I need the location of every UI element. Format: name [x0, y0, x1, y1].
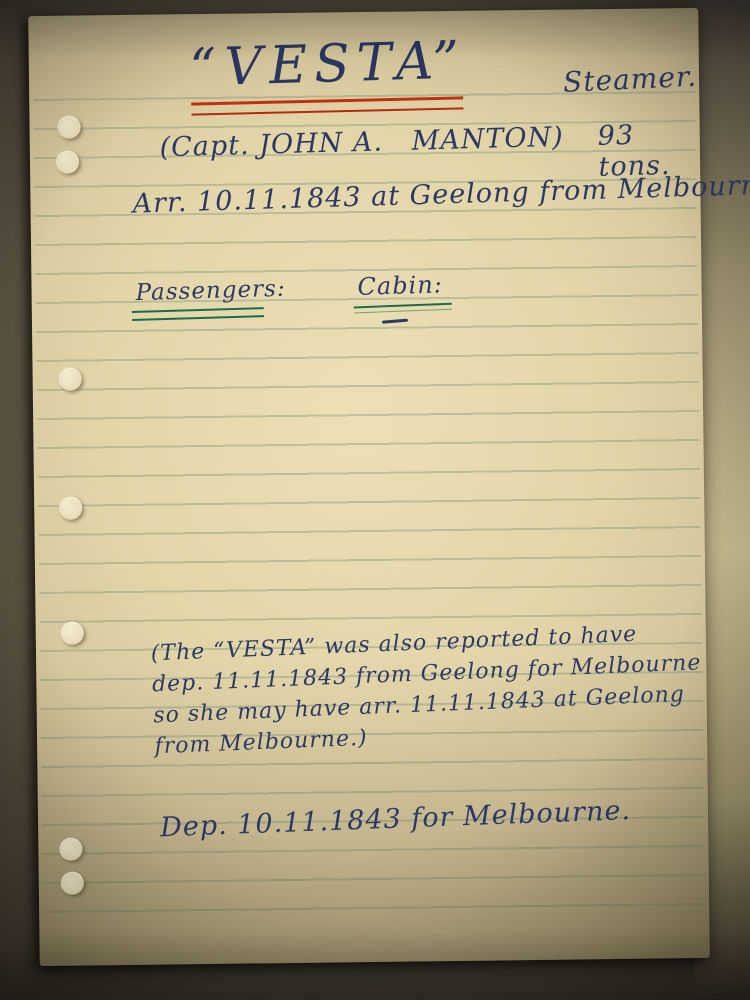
vessel-type: Steamer. — [562, 60, 697, 99]
note-paragraph: (The “VESTA” was also reported to have d… — [150, 616, 704, 762]
cabin-label: Cabin: — [357, 270, 443, 301]
punch-hole — [61, 872, 84, 895]
notebook-paper: “VESTA” Steamer. (Capt. JOHN A. MANTON) … — [28, 8, 710, 966]
punch-hole — [59, 368, 82, 391]
photo-of-notebook-page: “VESTA” Steamer. (Capt. JOHN A. MANTON) … — [0, 0, 750, 1000]
passengers-label: Passengers: — [135, 276, 286, 306]
vessel-title: “VESTA” — [182, 30, 474, 99]
punch-hole — [61, 621, 84, 644]
punch-hole — [57, 115, 80, 138]
punch-hole — [59, 497, 82, 520]
